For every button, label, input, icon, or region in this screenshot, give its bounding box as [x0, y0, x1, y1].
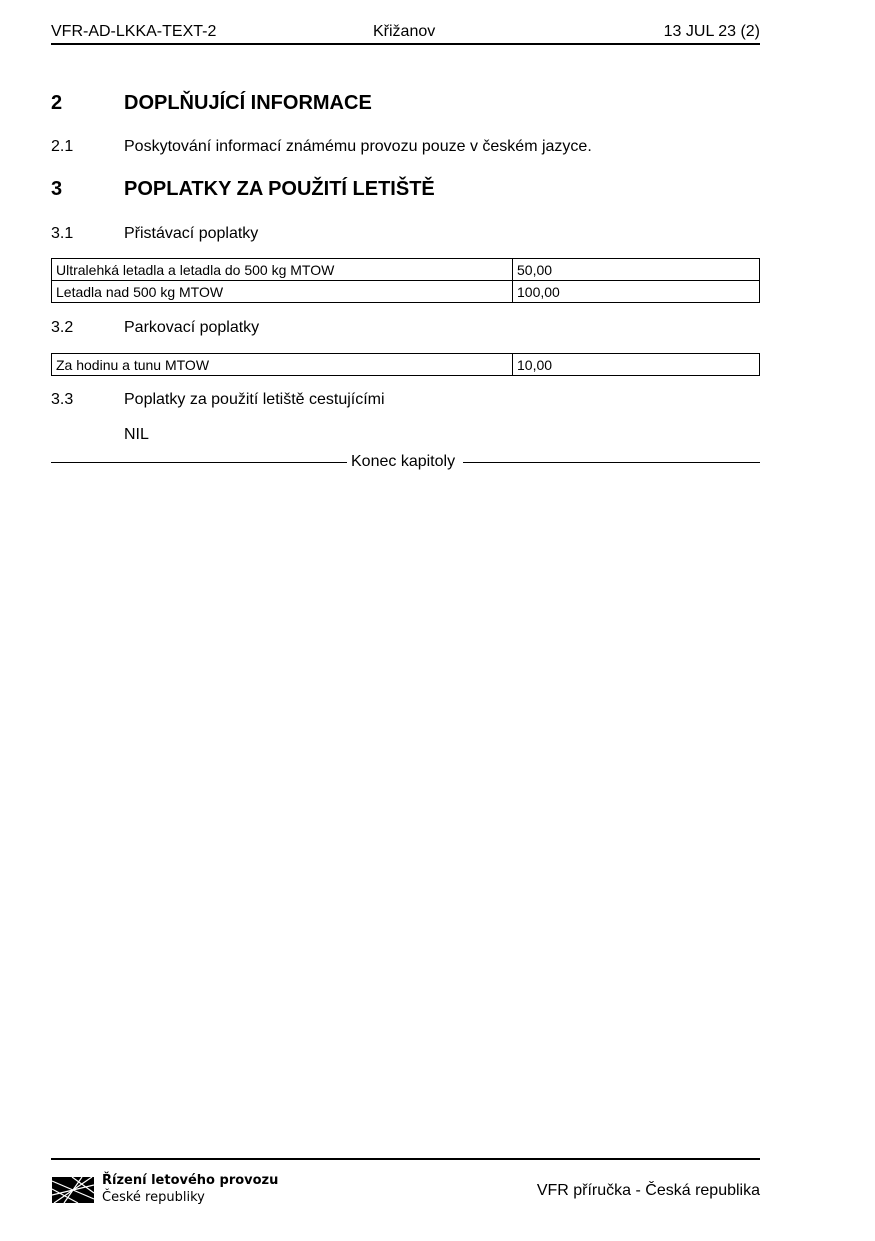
parking-fees-table: Za hodinu a tunu MTOW 10,00 [51, 353, 760, 376]
fee-value: 10,00 [513, 354, 760, 376]
table-row: Letadla nad 500 kg MTOW 100,00 [52, 281, 760, 303]
rlp-cr-logo-icon [52, 1177, 94, 1203]
paragraph-text: Přistávací poplatky [124, 224, 258, 244]
paragraph-number: 2.1 [51, 137, 73, 157]
end-of-chapter-label: Konec kapitoly [351, 452, 455, 472]
divider [463, 462, 760, 463]
paragraph-3-2: 3.2 Parkovací poplatky [51, 318, 760, 338]
fee-label: Letadla nad 500 kg MTOW [52, 281, 513, 303]
fee-value: 50,00 [513, 259, 760, 281]
paragraph-2-1: 2.1 Poskytování informací známému provoz… [51, 137, 760, 157]
fee-value: 100,00 [513, 281, 760, 303]
section-number: 2 [51, 91, 62, 115]
paragraph-text: Poplatky za použití letiště cestujícími [124, 390, 385, 410]
doc-id: VFR-AD-LKKA-TEXT-2 [51, 22, 216, 42]
header-rule [51, 43, 760, 45]
paragraph-number: 3.3 [51, 390, 73, 410]
paragraph-3-1: 3.1 Přistávací poplatky [51, 224, 760, 244]
landing-fees-table: Ultralehká letadla a letadla do 500 kg M… [51, 258, 760, 303]
aerodrome-name: Křižanov [373, 22, 435, 42]
section-number: 3 [51, 177, 62, 201]
effective-date: 13 JUL 23 (2) [664, 22, 760, 42]
paragraph-text: Poskytování informací známému provozu po… [124, 137, 592, 157]
section-title: DOPLŇUJÍCÍ INFORMACE [124, 91, 372, 115]
org-name-line1: Řízení letového provozu [102, 1173, 278, 1189]
paragraph-number: 3.1 [51, 224, 73, 244]
paragraph-3-3: 3.3 Poplatky za použití letiště cestujíc… [51, 390, 760, 410]
end-of-chapter: Konec kapitoly [51, 452, 760, 472]
org-name-line2: České republiky [102, 1190, 205, 1206]
section-title: POPLATKY ZA POUŽITÍ LETIŠTĚ [124, 177, 435, 201]
publication-title: VFR příručka - Česká republika [537, 1181, 760, 1201]
table-row: Ultralehká letadla a letadla do 500 kg M… [52, 259, 760, 281]
table-row: Za hodinu a tunu MTOW 10,00 [52, 354, 760, 376]
paragraph-number: 3.2 [51, 318, 73, 338]
divider [51, 462, 347, 463]
paragraph-text: Parkovací poplatky [124, 318, 259, 338]
paragraph-body-nil: NIL [124, 425, 149, 445]
fee-label: Ultralehká letadla a letadla do 500 kg M… [52, 259, 513, 281]
section-heading-2: 2 DOPLŇUJÍCÍ INFORMACE [51, 91, 760, 115]
fee-label: Za hodinu a tunu MTOW [52, 354, 513, 376]
footer-rule [51, 1158, 760, 1160]
section-heading-3: 3 POPLATKY ZA POUŽITÍ LETIŠTĚ [51, 177, 760, 201]
